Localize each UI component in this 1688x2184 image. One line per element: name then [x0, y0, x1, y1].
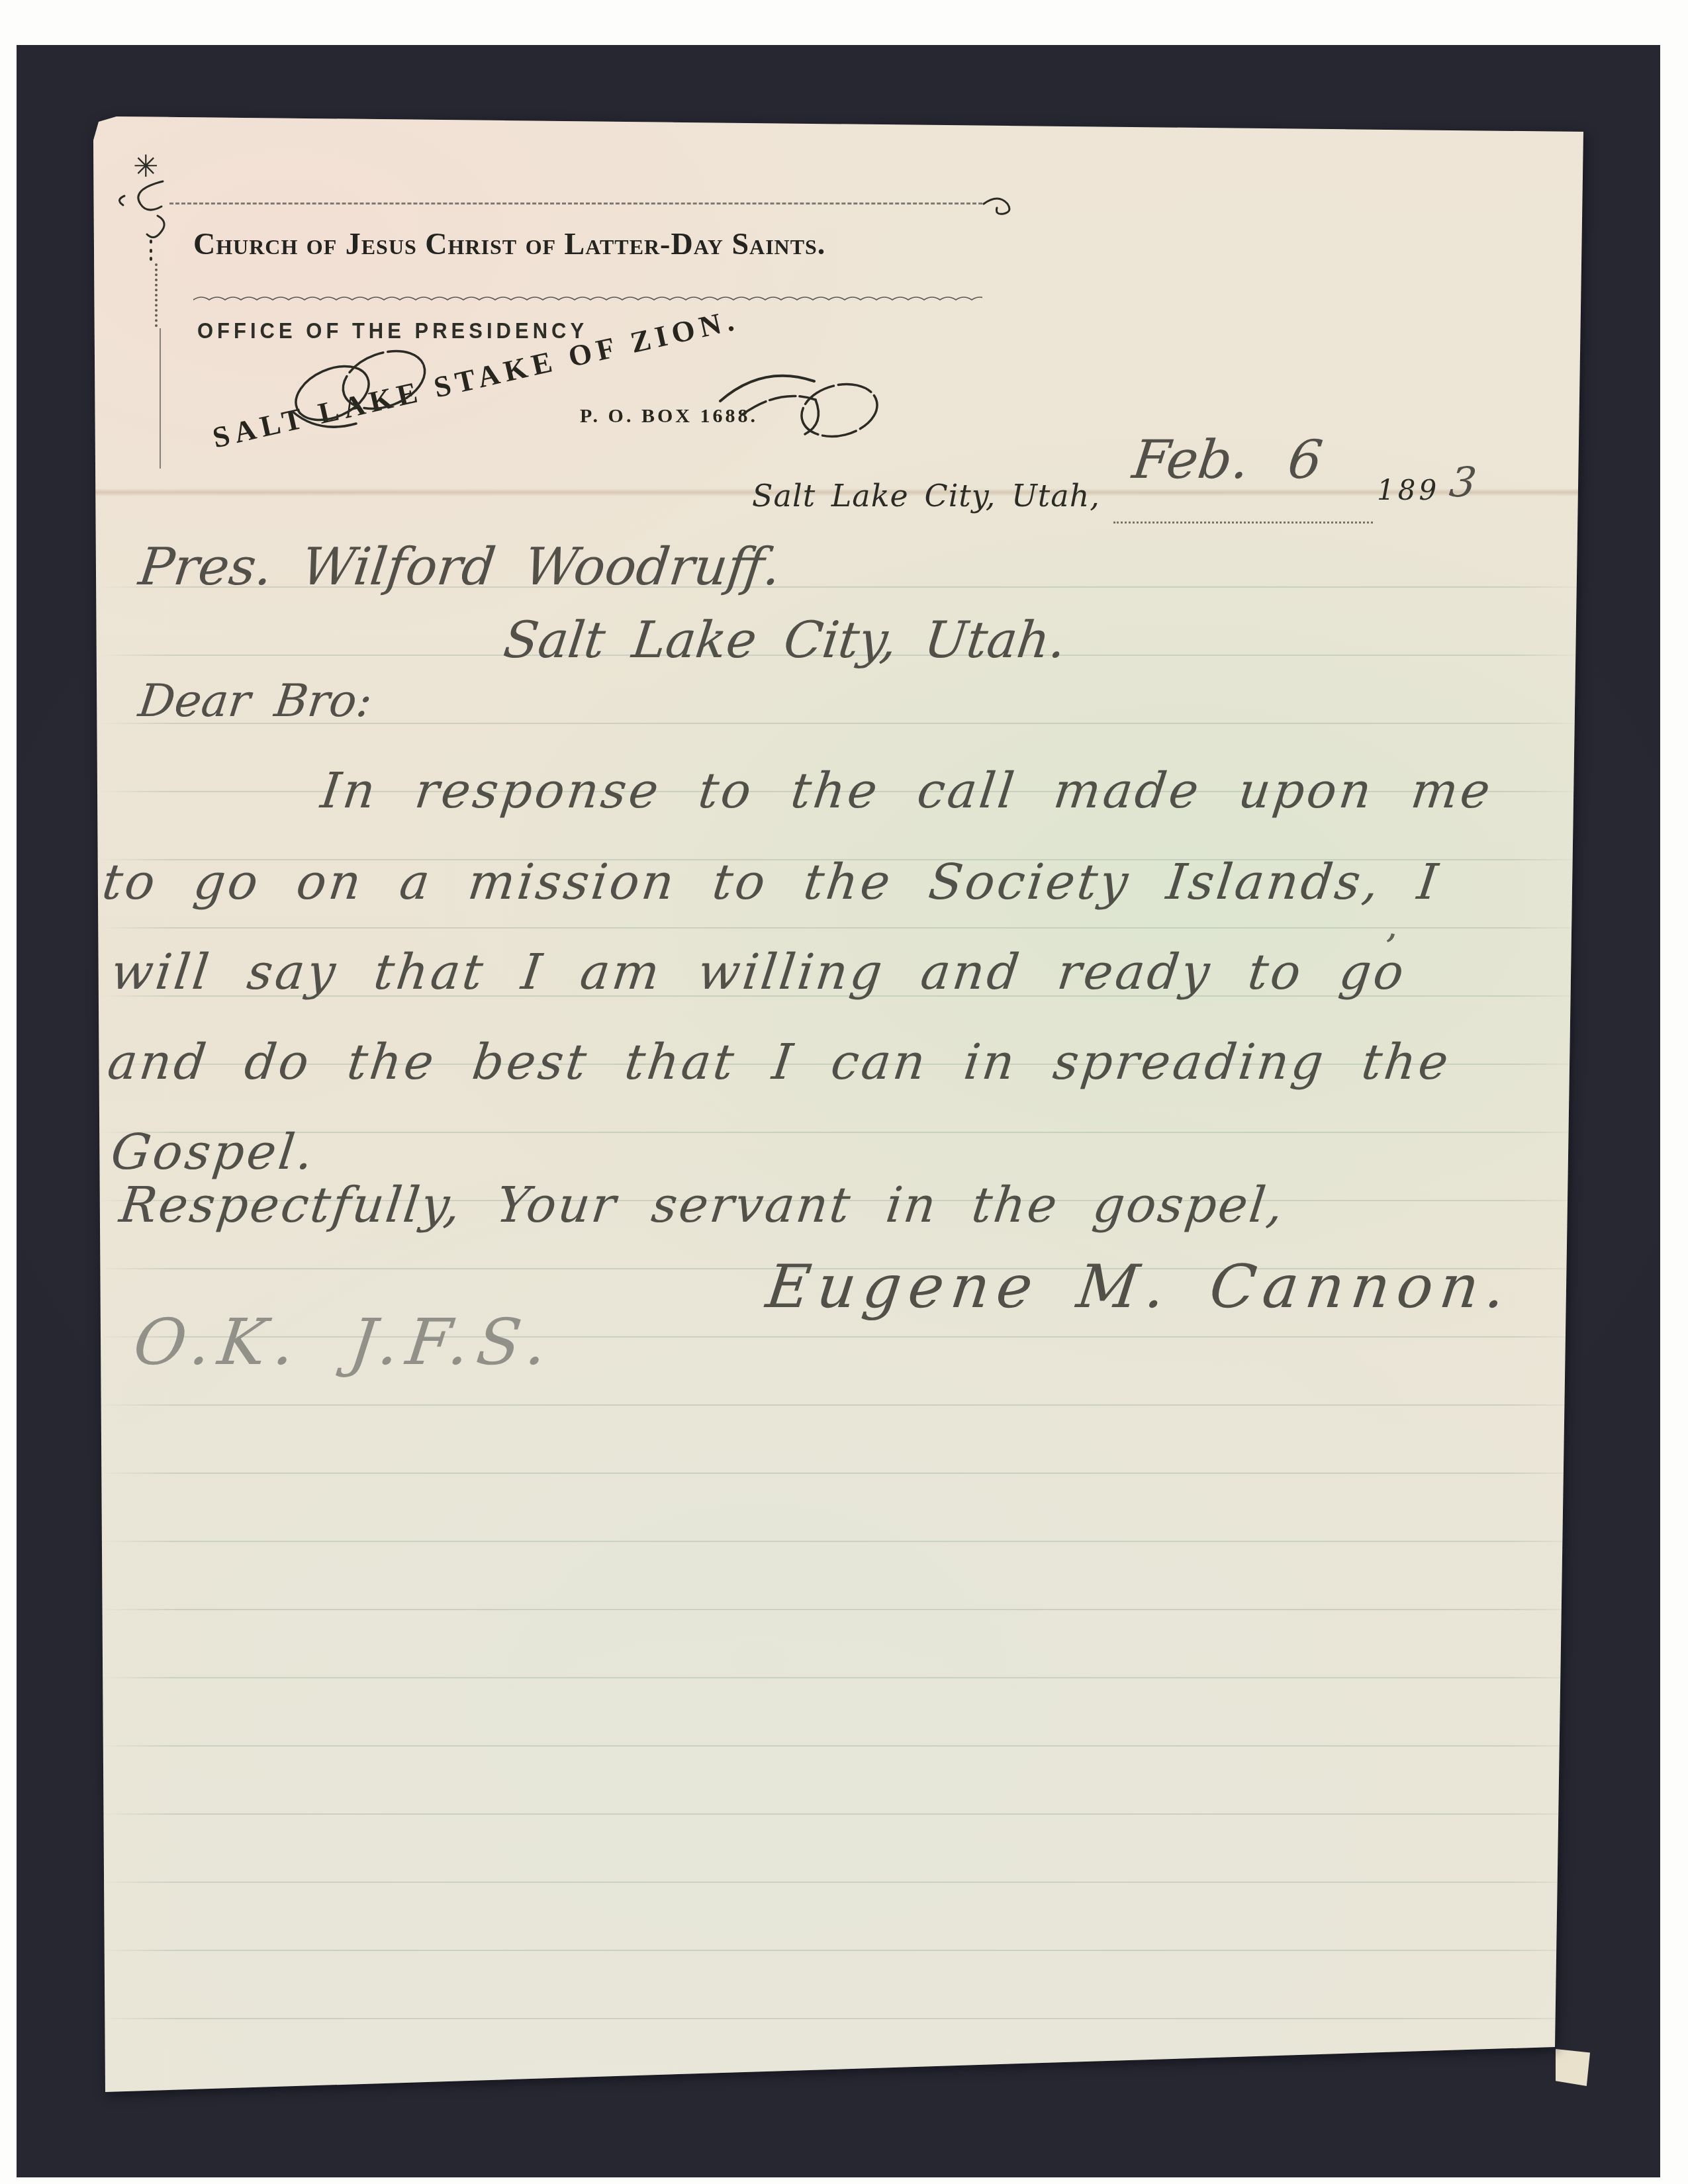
letter-sheet: ✳ Church of Jesus Christ of Latter-Day S… — [0, 0, 1688, 2184]
ruled-line — [99, 927, 1586, 929]
salutation: Dear Bro: — [136, 675, 375, 727]
scanned-letter-page: { "letterhead": { "ornament_star": "✳", … — [0, 0, 1688, 2184]
letterhead-church-name: Church of Jesus Christ of Latter-Day Sai… — [193, 226, 974, 261]
dateline-year-printed: 189 — [1377, 474, 1440, 506]
ruled-line — [99, 1745, 1586, 1747]
addressee-name: Pres. Wilford Woodruff. — [136, 537, 784, 597]
letter-sheet-wrap: ✳ Church of Jesus Christ of Latter-Day S… — [0, 0, 1688, 2184]
letterhead-corner-flourish-icon — [111, 177, 184, 263]
body-line: will say that I am willing and ready to … — [108, 944, 1409, 1001]
body-line: to go on a mission to the Society Island… — [99, 854, 1443, 911]
ruled-line — [99, 1609, 1586, 1610]
letterhead-dotted-rule-vertical — [155, 263, 158, 327]
closing-line: Respectfully, Your servant in the gospel… — [117, 1177, 1288, 1234]
letterhead-wavy-divider — [193, 295, 982, 303]
ruled-line — [99, 1882, 1586, 1883]
addressee-place: Salt Lake City, Utah. — [500, 610, 1069, 669]
ruled-line — [99, 1813, 1586, 1815]
dateline-place-printed: Salt Lake City, Utah, — [752, 478, 1100, 514]
dateline-dotted-blank — [1113, 522, 1373, 523]
ruled-line — [99, 1473, 1586, 1474]
letterhead-rule-vertical — [160, 328, 161, 469]
ruled-line — [99, 2018, 1586, 2019]
body-line: and do the best that I can in spreading … — [105, 1034, 1454, 1091]
letterhead-rule-horizontal — [169, 203, 982, 205]
letterhead-right-flourish-icon — [716, 363, 888, 455]
letterhead-left-flourish-icon — [286, 332, 445, 438]
letterhead-rule-end-curl-icon — [982, 193, 1014, 222]
ruled-line — [99, 1677, 1586, 1678]
ruled-line — [99, 1541, 1586, 1542]
handwritten-date: Feb. 6 — [1129, 429, 1326, 490]
body-line: In response to the call made upon me — [318, 762, 1496, 819]
ruled-line — [99, 1950, 1586, 1951]
approval-annotation-pencil: O.K. J.F.S. — [130, 1305, 559, 1379]
body-line: Gospel. — [108, 1124, 319, 1181]
handwritten-year-digit: 3 — [1447, 458, 1479, 506]
ruled-line — [99, 1404, 1586, 1406]
signature: Eugene M. Cannon. — [763, 1252, 1517, 1322]
ruled-line — [99, 1132, 1586, 1133]
